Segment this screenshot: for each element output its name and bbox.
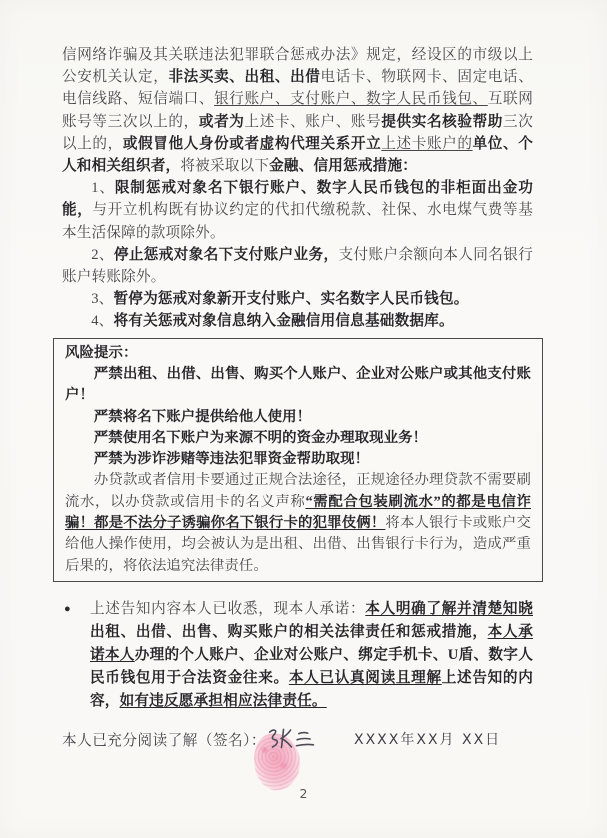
risk-warning-line-4: 严禁为涉诈涉赌等违法犯罪资金帮助取现！ bbox=[65, 449, 531, 470]
signature-date: XXXX年XX月 XX日 bbox=[354, 729, 501, 749]
scanned-document-page: 信网络诈骗及其关联违法犯罪联合惩戒办法》规定，经设区的市级以上公安机关认定，非法… bbox=[0, 0, 607, 838]
risk-warning-line-1: 严禁出租、出借、出售、购买个人账户、企业对公账户或其他支付账户！ bbox=[65, 364, 531, 407]
intro-paragraph: 信网络诈骗及其关联违法犯罪联合惩戒办法》规定，经设区的市级以上公安机关认定，非法… bbox=[62, 44, 533, 177]
measure-item-3: 3、暂停为惩戒对象新开支付账户、实名数字人民币钱包。 bbox=[62, 288, 533, 310]
signature-section: 本人已充分阅读了解（签名）： 张三 XXXX年XX月 XX日 bbox=[62, 727, 533, 771]
signature-name-text: 张三 bbox=[262, 725, 263, 726]
risk-warning-box: 风险提示： 严禁出租、出借、出售、购买个人账户、企业对公账户或其他支付账户！ 严… bbox=[53, 338, 543, 582]
signature-area: 张三 bbox=[262, 725, 324, 761]
measure-item-2: 2、停止惩戒对象名下支付账户业务，支付账户余额向本人同名银行账户转账除外。 bbox=[62, 244, 533, 288]
acknowledgement-section: ● 上述告知内容本人已收悉，现本人承诺：本人明确了解并清楚知晓出租、出借、出售、… bbox=[62, 598, 533, 713]
document-content: 信网络诈骗及其关联违法犯罪联合惩戒办法》规定，经设区的市级以上公安机关认定，非法… bbox=[62, 44, 533, 771]
risk-warning-line-2: 严禁将名下账户提供给他人使用！ bbox=[65, 407, 531, 428]
risk-box-title: 风险提示： bbox=[65, 343, 531, 364]
page-number: 2 bbox=[0, 786, 607, 801]
measure-item-1: 1、限制惩戒对象名下银行账户、数字人民币钱包的非柜面出金功能，与开立机构既有协议… bbox=[62, 177, 533, 244]
risk-loan-paragraph: 办贷款或者信用卡要通过正规合法途径，正规途径办理贷款不需要刷流水，以办贷款或信用… bbox=[65, 470, 531, 576]
risk-warning-line-3: 严禁使用名下账户为来源不明的资金办理取现业务！ bbox=[65, 428, 531, 449]
measure-item-4: 4、将有关惩戒对象信息纳入金融信用信息基础数据库。 bbox=[62, 310, 533, 332]
bullet-marker-icon: ● bbox=[64, 603, 71, 615]
acknowledgement-paragraph: 上述告知内容本人已收悉，现本人承诺：本人明确了解并清楚知晓出租、出借、出售、购买… bbox=[90, 598, 533, 713]
signature-label: 本人已充分阅读了解（签名）： bbox=[62, 729, 266, 750]
handwritten-signature bbox=[264, 725, 318, 752]
